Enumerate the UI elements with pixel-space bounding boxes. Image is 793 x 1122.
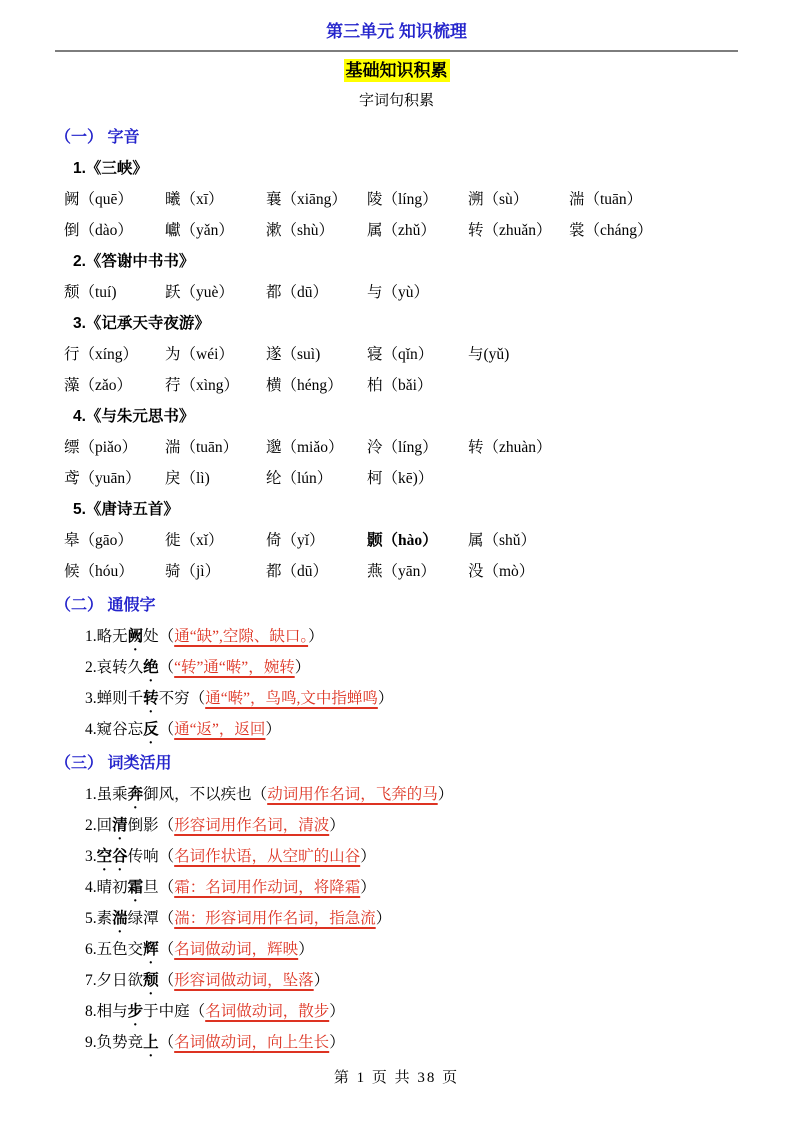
paren-close: ） [265, 721, 281, 738]
entry-prefix: 6.五色交 [85, 941, 143, 958]
pinyin-entry: 倚（yǐ） [266, 525, 363, 556]
pinyin-entry: 巘（yǎn） [165, 215, 262, 246]
pinyin-entry: 颓（tuí) [64, 277, 161, 308]
annotation: 通“返”，返回 [174, 721, 265, 738]
annotation: 动词用作名词，飞奔的马 [267, 786, 438, 803]
entry-suffix: 倒影 [128, 817, 159, 834]
pinyin-entry: 为（wéi） [165, 339, 262, 370]
entry-suffix: 不穷 [159, 690, 190, 707]
entry-suffix: 处 [143, 628, 159, 645]
pinyin-entry: 陵（líng） [367, 184, 464, 215]
lesson-title: 1.《三峡》 [73, 153, 738, 184]
paren-open: （ [159, 721, 175, 738]
pinyin-entry: 跃（yuè） [165, 277, 262, 308]
pinyin-entry: 鸢（yuān） [64, 463, 161, 494]
pinyin-entry: 纶（lún） [266, 463, 363, 494]
pinyin-entry: 泠（líng） [367, 432, 464, 463]
pinyin-row: 藻（zǎo）荇（xìng）横（héng）柏（bǎi） [64, 370, 738, 401]
paren-close: ） [438, 786, 454, 803]
tongjiazi-entry: 3.蝉则千转不穷（通“啭”，鸟鸣,文中指蝉鸣） [85, 683, 738, 714]
huoyong-entry: 2.回清倒影（形容词用作名词，清波） [85, 810, 738, 841]
pinyin-entry: 颢（hào） [367, 525, 464, 556]
pinyin-entry: 与(yǔ) [468, 339, 565, 370]
pinyin-entry: 没（mò） [468, 556, 565, 587]
paren-close: ） [329, 1003, 345, 1020]
pinyin-entry: 曦（xī） [165, 184, 262, 215]
entry-prefix: 5.素 [85, 910, 112, 927]
emphasized-char: 空谷 [97, 848, 128, 865]
pinyin-row: 缥（piǎo）湍（tuān）邈（miǎo）泠（líng）转（zhuàn） [64, 432, 738, 463]
emphasized-char: 步 [128, 1003, 144, 1020]
pinyin-entry: 徙（xǐ） [165, 525, 262, 556]
paren-open: （ [159, 1034, 175, 1051]
annotation: 名词作状语，从空旷的山谷 [174, 848, 360, 865]
huoyong-entry: 4.晴初霜旦（霜：名词用作动词，将降霜） [85, 872, 738, 903]
pinyin-entry: 与（yù） [367, 277, 464, 308]
entry-prefix: 2.哀转久 [85, 659, 143, 676]
pinyin-entry: 湍（tuān） [165, 432, 262, 463]
annotation: 通“啭”，鸟鸣,文中指蝉鸣 [205, 690, 378, 707]
annotation: 湍：形容词用作名词，指急流 [174, 910, 376, 927]
pinyin-entry: 藻（zǎo） [64, 370, 161, 401]
pinyin-entry: 漱（shù） [266, 215, 363, 246]
pinyin-entry: 皋（gāo） [64, 525, 161, 556]
paren-open: （ [159, 879, 175, 896]
pinyin-entry: 阙（quē） [64, 184, 161, 215]
lesson-title: 5.《唐诗五首》 [73, 494, 738, 525]
pinyin-row: 行（xíng）为（wéi）遂（suì)寝（qǐn）与(yǔ) [64, 339, 738, 370]
paren-open: （ [159, 972, 175, 989]
pinyin-entry: 湍（tuān） [569, 184, 666, 215]
paren-close: ） [360, 879, 376, 896]
entry-suffix: 传响 [128, 848, 159, 865]
entry-prefix: 3. [85, 848, 97, 865]
pinyin-entry: 转（zhuàn） [468, 432, 565, 463]
paren-close: ） [308, 628, 324, 645]
huoyong-entry: 7.夕日欲颓（形容词做动词，坠落） [85, 965, 738, 996]
annotation: 霜：名词用作动词，将降霜 [174, 879, 360, 896]
paren-close: ） [378, 690, 394, 707]
pinyin-entry: 缥（piǎo） [64, 432, 161, 463]
annotation: 名词做动词，辉映 [174, 941, 298, 958]
entry-prefix: 9.负势竞 [85, 1034, 143, 1051]
emphasized-char: 辉 [143, 941, 159, 958]
pinyin-entry: 属（zhǔ） [367, 215, 464, 246]
tongjiazi-entry: 2.哀转久绝（“转”通“啭”，婉转） [85, 652, 738, 683]
paren-open: （ [159, 628, 175, 645]
emphasized-char: 颓 [143, 972, 159, 989]
huoyong-entry: 3.空谷传响（名词作状语，从空旷的山谷） [85, 841, 738, 872]
paren-open: （ [159, 941, 175, 958]
emphasized-char: 绝 [143, 659, 159, 676]
emphasized-char: 霜 [128, 879, 144, 896]
pinyin-entry: 属（shǔ） [468, 525, 565, 556]
tongjiazi-entry: 1.略无阙处（通“缺”,空隙、缺口。） [85, 621, 738, 652]
entry-prefix: 4.晴初 [85, 879, 128, 896]
emphasized-char: 湍 [112, 910, 128, 927]
document-page: 第三单元 知识梳理 基础知识积累 字词句积累 （一） 字音 1.《三峡》 阙（q… [0, 0, 793, 1122]
lesson-title: 4.《与朱元思书》 [73, 401, 738, 432]
tongjiazi-entry: 4.窥谷忘反（通“返”，返回） [85, 714, 738, 745]
pinyin-entry: 襄（xiāng） [266, 184, 363, 215]
annotation: 形容词用作名词，清波 [174, 817, 329, 834]
emphasized-char: 转 [143, 690, 159, 707]
subtitle: 字词句积累 [55, 90, 738, 111]
paren-close: ） [329, 817, 345, 834]
pinyin-entry: 溯（sù） [468, 184, 565, 215]
pinyin-row: 鸢（yuān）戾（lì)纶（lún）柯（kē)） [64, 463, 738, 494]
entry-suffix: 于中庭 [143, 1003, 190, 1020]
paren-open: （ [190, 1003, 206, 1020]
pinyin-row: 颓（tuí)跃（yuè）都（dū）与（yù） [64, 277, 738, 308]
entry-prefix: 2.回 [85, 817, 112, 834]
emphasized-char: 清 [112, 817, 128, 834]
pinyin-entry: 转（zhuǎn） [468, 215, 565, 246]
pinyin-entry: 都（dū） [266, 556, 363, 587]
banner-row: 基础知识积累 [55, 59, 738, 83]
pinyin-entry: 候（hóu） [64, 556, 161, 587]
entry-prefix: 4.窥谷忘 [85, 721, 143, 738]
pinyin-entry: 横（héng） [266, 370, 363, 401]
entry-suffix: 御风，不以疾也 [143, 786, 252, 803]
header-divider [55, 50, 738, 52]
pinyin-entry: 遂（suì) [266, 339, 363, 370]
pinyin-entry: 行（xíng） [64, 339, 161, 370]
paren-open: （ [159, 817, 175, 834]
paren-close: ） [298, 941, 314, 958]
entry-prefix: 1.虽乘 [85, 786, 128, 803]
entry-prefix: 8.相与 [85, 1003, 128, 1020]
emphasized-char: 上 [143, 1034, 159, 1051]
pinyin-entry: 戾（lì) [165, 463, 262, 494]
huoyong-entry: 1.虽乘奔御风，不以疾也（动词用作名词，飞奔的马） [85, 779, 738, 810]
pinyin-entry: 倒（dào） [64, 215, 161, 246]
pinyin-entry: 骑（jì） [165, 556, 262, 587]
emphasized-char: 阙 [128, 628, 144, 645]
paren-open: （ [159, 848, 175, 865]
pinyin-entry: 柯（kē)） [367, 463, 464, 494]
emphasized-char: 反 [143, 721, 159, 738]
pinyin-entry: 燕（yān） [367, 556, 464, 587]
pinyin-entry: 荇（xìng） [165, 370, 262, 401]
entry-prefix: 1.略无 [85, 628, 128, 645]
entry-suffix: 旦 [143, 879, 159, 896]
entry-suffix: 绿潭 [128, 910, 159, 927]
document-title: 第三单元 知识梳理 [55, 20, 738, 44]
huoyong-entry: 6.五色交辉（名词做动词，辉映） [85, 934, 738, 965]
annotation: 名词做动词，向上生长 [174, 1034, 329, 1051]
annotation: 名词做动词，散步 [205, 1003, 329, 1020]
paren-close: ） [329, 1034, 345, 1051]
annotation: “转”通“啭”，婉转 [174, 659, 295, 676]
pinyin-entry: 寝（qǐn） [367, 339, 464, 370]
pinyin-row: 阙（quē）曦（xī）襄（xiāng）陵（líng）溯（sù）湍（tuān） [64, 184, 738, 215]
pinyin-entry: 裳（cháng） [569, 215, 666, 246]
page-number-footer: 第 1 页 共 38 页 [0, 1066, 793, 1087]
paren-open: （ [159, 910, 175, 927]
pinyin-entry: 邈（miǎo） [266, 432, 363, 463]
pinyin-entry: 都（dū） [266, 277, 363, 308]
paren-open: （ [159, 659, 175, 676]
lesson-title: 3.《记承天寺夜游》 [73, 308, 738, 339]
pinyin-row: 皋（gāo）徙（xǐ）倚（yǐ）颢（hào）属（shǔ） [64, 525, 738, 556]
pinyin-row: 候（hóu）骑（jì）都（dū）燕（yān）没（mò） [64, 556, 738, 587]
huoyong-entry: 9.负势竞上（名词做动词，向上生长） [85, 1027, 738, 1058]
entry-prefix: 7.夕日欲 [85, 972, 143, 989]
paren-close: ） [295, 659, 311, 676]
paren-close: ） [376, 910, 392, 927]
lesson-title: 2.《答谢中书书》 [73, 246, 738, 277]
emphasized-char: 奔 [128, 786, 144, 803]
highlighted-banner: 基础知识积累 [344, 59, 450, 82]
paren-close: ） [360, 848, 376, 865]
section-heading-tongjiazi: （二） 通假字 [55, 590, 738, 621]
section-heading-pronunciation: （一） 字音 [55, 122, 738, 153]
paren-open: （ [252, 786, 268, 803]
entry-prefix: 3.蝉则千 [85, 690, 143, 707]
annotation: 通“缺”,空隙、缺口。 [174, 628, 308, 645]
annotation: 形容词做动词，坠落 [174, 972, 314, 989]
pinyin-row: 倒（dào）巘（yǎn）漱（shù）属（zhǔ）转（zhuǎn）裳（cháng） [64, 215, 738, 246]
paren-close: ） [314, 972, 330, 989]
paren-open: （ [190, 690, 206, 707]
pinyin-entry: 柏（bǎi） [367, 370, 464, 401]
huoyong-entry: 8.相与步于中庭（名词做动词，散步） [85, 996, 738, 1027]
section-heading-cileihuoyong: （三） 词类活用 [55, 748, 738, 779]
huoyong-entry: 5.素湍绿潭（湍：形容词用作名词，指急流） [85, 903, 738, 934]
